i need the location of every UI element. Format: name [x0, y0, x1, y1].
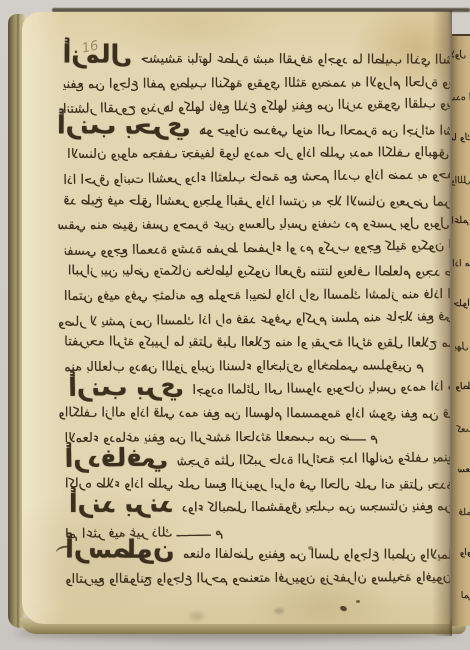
line-text: وصار لا يشم زمن السمك اذا راه فقد عوفي و… [58, 308, 450, 329]
line-text: لتفريحه الرئة وكبيرا ما يقتل قبل العلاج … [64, 334, 450, 350]
text-line: أرنب بحري هو حيوان صدفي لونه الى الحمرة … [57, 118, 450, 143]
line-text: ينفع من اوجاع الفم ويطيب النكهة ويقوي ال… [63, 74, 450, 91]
text-line: أزمال حشيشة نباتها عطرة شبه القرفة واجود… [63, 47, 450, 72]
facing-text-fragment: حلوا [453, 293, 470, 334]
facing-text-fragment: واللل [452, 170, 470, 211]
facing-page-text: الاول مسده ادما وكوالللاعلماذا مرحلوابهل… [452, 44, 470, 625]
text-line: سقي منه ضيق نفس وحمرة عين وسعال يابس ونف… [57, 212, 450, 238]
text-line: المتن وفيه وفي جثمانه مع ملوحة ابيضا واذ… [64, 283, 450, 309]
line-text: اكاره طلاء واذا طلي على لسع الزنبور ابرا… [65, 476, 450, 493]
manuscript-book: 16 أزمال حشيشة نباتها عطرة شبه القرفة وا… [8, 10, 470, 636]
line-text: المتن وفيه وفي جثمانه مع ملوحة ابيضا واذ… [64, 287, 450, 304]
facing-text-fragment: كعب [456, 419, 470, 460]
line-text: البراز بين بياض وتمكان مخاطيا ويكون العر… [68, 264, 450, 281]
line-text: دواء كالبصل المشقوق يجلب من سجستان ينفع … [182, 499, 450, 516]
facing-text-fragment: بهل [454, 336, 470, 377]
text-line: والتربيع والقولنج واوجاع الرحم وصنعته اف… [65, 566, 450, 592]
gutter-shadow [432, 10, 452, 636]
ink-speck [308, 546, 313, 550]
facing-text-fragment: سعد [457, 459, 470, 500]
line-text: هو حيوان صدفي لونه الى الحمرة من اجزائه … [199, 123, 450, 139]
facing-page: الاول مسده ادما وكوالللاعلماذا مرحلوابهل… [452, 34, 470, 626]
ink-speck [356, 600, 360, 603]
entry-heading: أزمال [63, 39, 141, 68]
stain-spot [274, 608, 284, 614]
line-text: سقي منه ضيق نفس وحمرة عين وسعال يابس ونف… [57, 216, 450, 233]
text-line: البراز بين بياض وتمكان مخاطيا ويكون العر… [68, 260, 450, 285]
manuscript-text: أزمال حشيشة نباتها عطرة شبه القرفة واجود… [63, 47, 450, 592]
facing-text-fragment: ما وك [452, 127, 470, 168]
text-line: أرسطون معناه الفاضل وينفع من السل واوجاع… [65, 543, 450, 568]
line-text: والكلف ازاله واذا قلي دمه نفع من السهام … [58, 405, 450, 421]
line-text: شجرة مثل الكبر حادة الرائحة جدا الهانئ و… [177, 450, 450, 470]
line-text: اجوده المائل الى السواد وبوحان يابس ودمه… [192, 378, 450, 398]
text-line: أردفافي شجرة مثل الكبر حادة الرائحة جدا … [65, 446, 450, 475]
manuscript-page: 16 أزمال حشيشة نباتها عطرة شبه القرفة وا… [22, 12, 450, 624]
photo-backdrop: 16 أزمال حشيشة نباتها عطرة شبه القرفة وا… [0, 0, 470, 650]
facing-text-fragment: فلما [458, 502, 470, 543]
text-line: قد طبخ فيه حلق الشعر ويجلو البقر واذا اس… [63, 189, 450, 214]
facing-text-fragment: ولط م [455, 376, 470, 417]
facing-text-fragment: الاول م [452, 44, 470, 85]
line-text: الاسنان وبوله مجفف تجفيفا قويا ودمه حار … [67, 145, 450, 162]
text-line: اكاره طلاء واذا طلي على لسع الزنبور ابرا… [65, 472, 450, 497]
ink-speck [339, 605, 347, 612]
entry-heading: أرنب بحري [57, 110, 199, 139]
line-text: حشيشة نباتها عطرة شبه القرفة واجود ما ال… [141, 52, 450, 68]
facing-text-fragment: واول [459, 542, 470, 583]
text-line: اذا احرق وانبت الشعر وداء الثعلب خاصة مع… [63, 163, 450, 192]
line-text: معناه الفاضل وينفع من السل واوجاع البطن … [183, 547, 450, 563]
text-line: لتفريحه الرئة وكبيرا ما يقتل قبل العلاج … [64, 330, 450, 355]
entry-heading: أرسطون [65, 535, 183, 564]
line-text: نفسي ووجع المعدة وشدة مفرط لصفراء او دم … [64, 238, 450, 259]
text-line: أرنب بري اجوده المائل الى السواد وبوحان … [68, 375, 450, 404]
facing-text-fragment: لم [461, 585, 470, 626]
line-text: والتربيع والقولنج واوجاع الرحم وصنعته اف… [65, 570, 450, 587]
facing-text-fragment: اعلم [452, 210, 470, 251]
facing-text-fragment: سده اد [452, 87, 470, 128]
entry-heading: أردفافي [64, 442, 176, 473]
line-text: اذا احرق وانبت الشعر وداء الثعلب خاصة مع… [63, 166, 450, 188]
entry-heading: أرنب بري [68, 371, 192, 402]
stain-spot [190, 612, 204, 620]
facing-text-fragment: اذا مر [452, 253, 470, 294]
line-text: قد طبخ فيه حلق الشعر ويجلو البقر واذا اس… [63, 193, 450, 209]
text-line: والكلف ازاله واذا قلي دمه نفع من السهام … [58, 401, 450, 426]
